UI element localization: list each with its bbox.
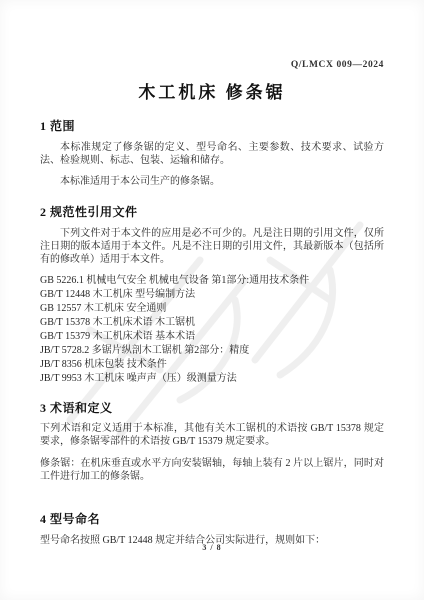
section-model-naming: 4 型号命名 型号命名按照 GB/T 12448 规定并结合公司实际进行，规则如… [40,510,384,547]
page-content: Q/LMCX 009—2024 木工机床 修条锯 1 范围 本标准规定了修条锯的… [40,60,384,547]
reference-list: GB 5226.1 机械电气安全 机械电气设备 第1部分:通用技术条件 GB/T… [40,274,384,386]
paragraph: 本标准规定了修条锯的定义、型号命名、主要参数、技术要求、试验方法、检验规则、标志… [40,141,384,167]
section-scope: 1 范围 本标准规定了修条锯的定义、型号命名、主要参数、技术要求、试验方法、检验… [40,117,384,188]
paragraph: 修条锯：在机床垂直或水平方向安装锯轴，每轴上装有 2 片以上锯片，同时对工件进行… [40,457,384,483]
section-normative-references: 2 规范性引用文件 下列文件对于本文件的应用是必不可少的。凡是注日期的引用文件，… [40,203,384,386]
section-heading-1: 1 范围 [40,117,384,134]
reference-item: JB/T 5728.2 多锯片纵剖木工锯机 第2部分：精度 [40,344,384,358]
doc-title: 木工机床 修条锯 [40,78,384,103]
paragraph: 本标准适用于本公司生产的修条锯。 [40,175,384,188]
section-heading-2: 2 规范性引用文件 [40,203,384,220]
section-terms-definitions: 3 术语和定义 下列术语和定义适用于本标准，其他有关木工锯机的术语按 GB/T … [40,399,384,483]
reference-item: GB 5226.1 机械电气安全 机械电气设备 第1部分:通用技术条件 [40,274,384,288]
page-number: 3 / 8 [0,543,424,552]
reference-item: GB/T 15378 木工机床术语 木工锯机 [40,316,384,330]
reference-item: JB/T 9953 木工机床 噪声声（压）级测量方法 [40,372,384,386]
paragraph: 下列文件对于本文件的应用是必不可少的。凡是注日期的引用文件，仅所注日期的版本适用… [40,227,384,266]
reference-item: GB/T 12448 木工机床 型号编制方法 [40,288,384,302]
doc-code: Q/LMCX 009—2024 [40,60,384,70]
reference-item: GB 12557 木工机床 安全通则 [40,302,384,316]
section-heading-3: 3 术语和定义 [40,399,384,416]
reference-item: GB/T 15379 木工机床术语 基本术语 [40,330,384,344]
section-heading-4: 4 型号命名 [40,510,384,527]
reference-item: JB/T 8356 机床包装 技术条件 [40,358,384,372]
document-page: Q/LMCX 009—2024 木工机床 修条锯 1 范围 本标准规定了修条锯的… [0,0,424,600]
paragraph: 下列术语和定义适用于本标准，其他有关木工锯机的术语按 GB/T 15378 规定… [40,422,384,448]
